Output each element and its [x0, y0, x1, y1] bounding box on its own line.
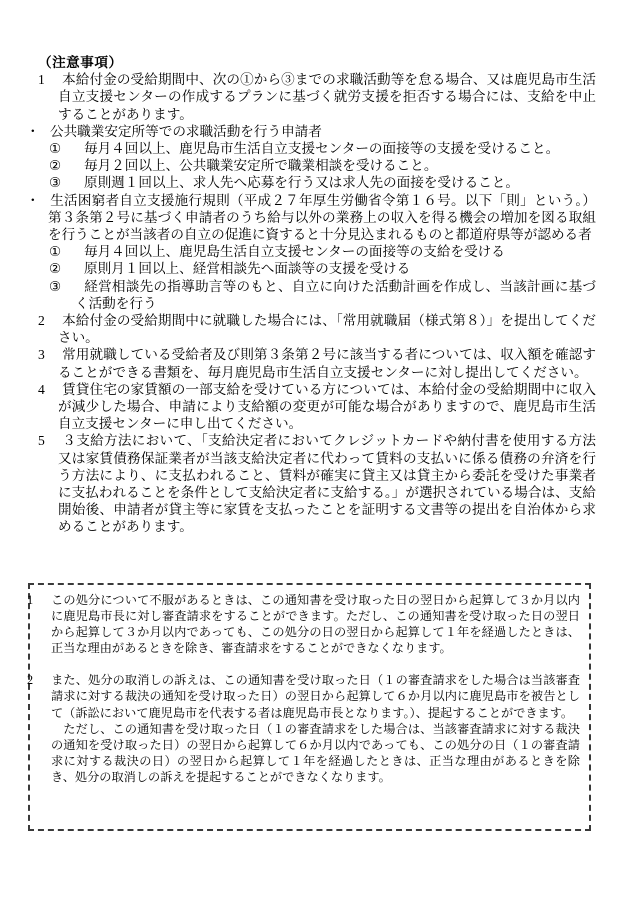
notes-section: （注意事項） 1本給付金の受給期間中、次の①から③までの求職活動等を怠る場合、又…: [38, 54, 596, 536]
item-text: 経営相談先の指導助言等のもと、自立に向けた活動計画を作成し、当該計画に基づく活動…: [75, 279, 596, 311]
appeal-paragraph-list: 1この処分について不服があるときは、この通知書を受け取った日の翌日から起算して３…: [39, 592, 580, 785]
paragraph-text: この処分について不服があるときは、この通知書を受け取った日の翌日から起算して３か…: [51, 593, 580, 655]
item-marker: ①: [62, 140, 84, 157]
note-item: ③原則週１回以上、求人先へ応募を行う又は求人先の面接を受けること。: [38, 174, 596, 191]
note-item: 3常用就職している受給者及び則第３条第２号に該当する者については、収入額を確認す…: [38, 346, 596, 380]
note-item: 4賃貸住宅の家賃額の一部支給を受けている方については、本給付金の受給期間中に収入…: [38, 381, 596, 433]
note-item: ①毎月４回以上、鹿児島市生活自立支援センターの面接等の支援を受けること。: [38, 140, 596, 157]
item-text: 本給付金の受給期間中に就職した場合には、「常用就職届（様式第８）」を提出してくだ…: [58, 313, 596, 345]
item-text: 原則週１回以上、求人先へ応募を行う又は求人先の面接を受けること。: [84, 175, 519, 190]
note-item: ①毎月４回以上、鹿児島生活自立支援センターの面接等の支給を受ける: [38, 243, 596, 260]
note-item: ③経営相談先の指導助言等のもと、自立に向けた活動計画を作成し、当該計画に基づく活…: [38, 278, 596, 312]
item-text: 毎月２回以上、公共職業安定所で職業相談を受けること。: [84, 158, 437, 173]
item-marker: ③: [62, 278, 84, 295]
note-item: ・生活困窮者自立支援施行規則（平成２７年厚生労働省令第１６号。以下「則」という。…: [38, 192, 596, 244]
paragraph-number: 1: [39, 592, 51, 608]
item-text: 生活困窮者自立支援施行規則（平成２７年厚生労働省令第１６号。以下「則」という。）…: [48, 193, 596, 242]
item-marker: ③: [62, 174, 84, 191]
item-text: 毎月４回以上、鹿児島市生活自立支援センターの面接等の支援を受けること。: [84, 141, 559, 156]
paragraph-text: また、処分の取消しの訴えは、この通知書を受け取った日（１の審査請求をした場合は当…: [51, 673, 580, 719]
item-text: 公共職業安定所等での求職活動を行う申請者: [50, 124, 322, 139]
item-marker: 2: [48, 312, 62, 329]
note-item: 1本給付金の受給期間中、次の①から③までの求職活動等を怠る場合、又は鹿児島市生活…: [38, 71, 596, 123]
notes-heading: （注意事項）: [38, 54, 596, 71]
item-marker: ②: [62, 157, 84, 174]
item-text: 原則月１回以上、経営相談先へ面談等の支援を受ける: [84, 261, 410, 276]
note-item: 2本給付金の受給期間中に就職した場合には、「常用就職届（様式第８）」を提出してく…: [38, 312, 596, 346]
appeal-paragraph-continuation: ただし、この通知書を受け取った日（１の審査請求をした場合は、当該審査請求に対する…: [39, 721, 580, 785]
item-text: 常用就職している受給者及び則第３条第２号に該当する者については、収入額を確認する…: [58, 347, 596, 379]
item-marker: ②: [62, 260, 84, 277]
note-item: ②毎月２回以上、公共職業安定所で職業相談を受けること。: [38, 157, 596, 174]
appeal-paragraph: 1この処分について不服があるときは、この通知書を受け取った日の翌日から起算して３…: [39, 592, 580, 656]
note-item: 5３支給方法において、「支給決定者においてクレジットカードや納付書を使用する方法…: [38, 432, 596, 535]
item-marker: 5: [48, 432, 62, 449]
item-text: 本給付金の受給期間中、次の①から③までの求職活動等を怠る場合、又は鹿児島市生活自…: [58, 72, 596, 121]
item-marker: 1: [48, 71, 62, 88]
item-text: 毎月４回以上、鹿児島生活自立支援センターの面接等の支給を受ける: [84, 244, 505, 259]
note-item: ・公共職業安定所等での求職活動を行う申請者: [38, 123, 596, 140]
item-text: ３支給方法において、「支給決定者においてクレジットカードや納付書を使用する方法又…: [58, 433, 596, 534]
item-marker: 3: [48, 346, 62, 363]
paragraph-number: 2: [39, 672, 51, 688]
note-item: ②原則月１回以上、経営相談先へ面談等の支援を受ける: [38, 260, 596, 277]
appeal-paragraph: 2また、処分の取消しの訴えは、この通知書を受け取った日（１の審査請求をした場合は…: [39, 672, 580, 720]
item-text: 賃貸住宅の家賃額の一部支給を受けている方については、本給付金の受給期間中に収入が…: [58, 382, 596, 431]
item-marker: 4: [48, 381, 62, 398]
appeal-box: 1この処分について不服があるときは、この通知書を受け取った日の翌日から起算して３…: [28, 583, 591, 831]
item-marker: ・: [37, 123, 50, 140]
item-marker: ①: [62, 243, 84, 260]
notes-item-list: 1本給付金の受給期間中、次の①から③までの求職活動等を怠る場合、又は鹿児島市生活…: [38, 71, 596, 535]
document-page: （注意事項） 1本給付金の受給期間中、次の①から③までの求職活動等を怠る場合、又…: [0, 0, 630, 903]
item-marker: ・: [37, 192, 50, 209]
